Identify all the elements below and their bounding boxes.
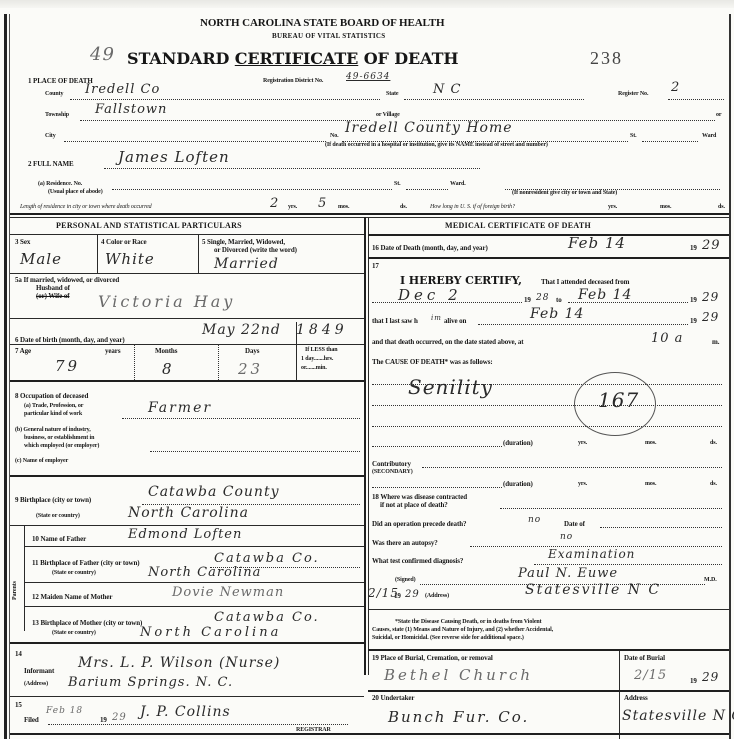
sex-value: Male — [20, 250, 62, 268]
burial-19: 19 — [690, 677, 697, 685]
sex-label: 3 Sex — [15, 238, 30, 246]
signed-year: 29 — [405, 589, 420, 600]
marital-label-1: 5 Single, Married, Widowed, — [202, 238, 285, 246]
informant-address-label: (Address) — [24, 681, 48, 687]
less-label-2: 1 day.......hrs. — [301, 356, 333, 362]
test-value: Examination — [548, 547, 635, 561]
us-residence-label: How long in U. S. if of foreign birth? — [430, 204, 515, 210]
burial-date-value: 2/15 — [634, 668, 667, 683]
md-label: M.D. — [704, 577, 717, 583]
village-label: or Village — [376, 112, 400, 118]
township-label: Township — [45, 112, 69, 118]
mother-value: Dovie Newman — [172, 585, 284, 600]
us-mos-label: mos. — [660, 204, 671, 210]
where-label-1: 18 Where was disease contracted — [372, 493, 467, 501]
race-label: 4 Color or Race — [101, 238, 146, 246]
trade-label-2: particular kind of work — [24, 411, 82, 417]
mother-state-value: North Carolina — [140, 625, 281, 640]
medical-section-title: MEDICAL CERTIFICATE OF DEATH — [445, 221, 591, 230]
mother-label: 12 Maiden Name of Mother — [32, 593, 112, 601]
filed-19: 19 — [100, 716, 107, 724]
days-label: Days — [245, 347, 259, 355]
age-years-value: 79 — [55, 357, 80, 375]
age-days-value: 23 — [238, 360, 263, 378]
institution-value: Iredell County Home — [345, 120, 513, 136]
cause-value: Senility — [408, 375, 493, 399]
last-saw-pronoun: im — [431, 314, 442, 322]
informant-number: 14 — [15, 650, 22, 658]
mother-bp-label: 13 Birthplace of Mother (city or town) — [32, 619, 142, 627]
date-of-label: Date of — [564, 520, 585, 528]
duration-mos-2: mos. — [645, 481, 656, 487]
operation-value: no — [528, 515, 541, 525]
residence-label: (a) Residence. No. — [38, 181, 82, 187]
dod-value: Feb 14 — [568, 234, 626, 252]
age-months-value: 8 — [162, 360, 173, 378]
dod-label: 16 Date of Death (month, day, and year) — [372, 244, 488, 252]
employer-label: (c) Name of employer — [15, 458, 68, 464]
or-label: or — [716, 112, 721, 118]
trade-label-1: (a) Trade, Profession, or — [24, 403, 83, 409]
less-label-1: If LESS than — [305, 347, 337, 353]
place-of-death-label: 1 PLACE OF DEATH — [28, 77, 93, 85]
undertaker-value: Bunch Fur. Co. — [388, 708, 529, 726]
birthplace-value: Catawba County — [148, 484, 279, 500]
length-residence-label: Length of residence in city or town wher… — [20, 204, 152, 210]
residence-ward-label: Ward. — [450, 181, 466, 187]
where-label-2: if not at place of death? — [380, 501, 448, 509]
birthplace-label: 9 Birthplace (city or town) — [15, 496, 91, 504]
race-value: White — [105, 250, 155, 268]
duration-ds: ds. — [710, 440, 717, 446]
length-ds-label: ds. — [400, 204, 407, 210]
county-value: Iredell Co — [85, 82, 160, 97]
duration-yrs: yrs. — [578, 440, 587, 446]
last-saw-19: 19 — [690, 317, 697, 325]
no-label: No. — [330, 133, 339, 139]
contributory-label: Contributory — [372, 460, 411, 468]
personal-section-title: PERSONAL AND STATISTICAL PARTICULARS — [56, 221, 242, 230]
undertaker-address-value: Statesville N C — [622, 708, 734, 724]
certificate-title: STANDARD CERTIFICATE OF DEATH — [127, 49, 458, 68]
father-label: 10 Name of Father — [32, 535, 86, 543]
register-value: 2 — [671, 80, 680, 95]
institution-note: (If death occurred in a hospital or inst… — [325, 142, 548, 148]
margin-number: 49 — [90, 44, 115, 65]
informant-value: Mrs. L. P. Wilson (Nurse) — [78, 655, 280, 671]
attended-from-value: Dec 2 — [398, 286, 462, 304]
undertaker-label: 20 Undertaker — [372, 694, 414, 702]
alive-on-label: alive on — [444, 317, 466, 325]
us-ds-label: ds. — [718, 204, 725, 210]
filed-registrar-signature: J. P. Collins — [140, 704, 231, 720]
signature-address-value: Statesville N C — [525, 582, 661, 598]
last-saw-year: 29 — [702, 310, 719, 324]
left-border-inner — [9, 14, 10, 739]
less-label-3: or.......min. — [301, 365, 327, 371]
dod-19: 19 — [690, 244, 697, 252]
footnote-line-2: Causes, state (1) Means and Nature of In… — [372, 627, 553, 633]
length-months-value: 5 — [318, 196, 327, 211]
birthplace-state-value: North Carolina — [128, 505, 249, 521]
attended-from-19: 19 — [524, 296, 531, 304]
duration-label: (duration) — [503, 439, 533, 447]
reg-district-label: Registration District No. — [263, 78, 323, 84]
residence-sub-label: (Usual place of abode) — [48, 189, 103, 195]
occupation-label: 8 Occupation of deceased — [15, 392, 88, 400]
filed-year: 29 — [112, 712, 127, 723]
father-value: Edmond Loften — [128, 527, 242, 542]
marital-value: Married — [214, 256, 279, 272]
city-label: City — [45, 133, 56, 139]
us-yrs-label: yrs. — [608, 204, 617, 210]
last-saw-label: that I last saw h — [372, 317, 418, 325]
filed-date: Feb 18 — [46, 706, 83, 716]
county-label: County — [45, 91, 63, 97]
signed-19: 19 — [394, 592, 401, 600]
bureau-title: BUREAU OF VITAL STATISTICS — [272, 32, 385, 40]
burial-place-label: 19 Place of Burial, Cremation, or remova… — [372, 654, 493, 662]
burial-year: 29 — [702, 670, 719, 684]
death-time-m: m. — [712, 338, 719, 346]
agency-title: NORTH CAROLINA STATE BOARD OF HEALTH — [200, 17, 444, 29]
residence-st-label: St. — [394, 181, 401, 187]
death-certificate: NORTH CAROLINA STATE BOARD OF HEALTH BUR… — [0, 0, 734, 739]
full-name-label: 2 FULL NAME — [28, 160, 74, 168]
dob-value: May 22nd — [202, 322, 281, 338]
informant-address-value: Barium Springs. N. C. — [68, 675, 233, 690]
certificate-number: 238 — [590, 48, 623, 69]
death-time-value: 10 a — [651, 331, 683, 346]
spouse-label-2: Husband of — [36, 284, 70, 292]
certify-text: That I attended deceased from — [541, 278, 629, 286]
certify-number: 17 — [372, 262, 379, 270]
operation-label: Did an operation precede death? — [372, 520, 466, 528]
mother-bp-value: Catawba Co. — [214, 610, 320, 625]
st-label: St. — [630, 133, 637, 139]
dob-year: 1849 — [296, 322, 348, 338]
death-time-label: and that death occurred, on the date sta… — [372, 338, 523, 346]
signed-label: (Signed) — [395, 577, 416, 583]
father-bp-value: Catawba Co. — [214, 551, 320, 566]
parents-label: Parents — [12, 581, 18, 600]
signed-value: Paul N. Euwe — [518, 566, 618, 581]
marital-label-2: or Divorced (write the word) — [214, 246, 297, 254]
dob-label: 6 Date of birth (month, day, and year) — [15, 336, 125, 344]
length-years-value: 2 — [270, 196, 279, 211]
industry-label-2: business, or establishment in — [24, 435, 94, 441]
ward-label: Ward — [702, 133, 716, 139]
full-name-value: James Loften — [118, 148, 230, 166]
burial-place-value: Bethel Church — [384, 666, 533, 684]
last-saw-value: Feb 14 — [530, 306, 584, 322]
spouse-label-1: 5a If married, widowed, or divorced — [15, 276, 119, 284]
informant-label: Informant — [24, 667, 54, 675]
footnote-line-1: *State the Disease Causing Death, or in … — [395, 619, 542, 625]
filed-label: Filed — [24, 716, 39, 724]
trade-value: Farmer — [148, 400, 212, 416]
autopsy-value: no — [560, 532, 573, 542]
secondary-label: (SECONDARY) — [372, 469, 413, 475]
duration-yrs-2: yrs. — [578, 481, 587, 487]
attended-to-19: 19 — [690, 296, 697, 304]
left-border — [4, 14, 7, 739]
father-state-label: (State or country) — [52, 570, 96, 576]
scan-top-edge — [0, 0, 734, 8]
mother-state-label: (State or country) — [52, 630, 96, 636]
burial-date-label: Date of Burial — [624, 654, 665, 662]
industry-label-3: which employed (or employer) — [24, 443, 99, 449]
register-label: Register No. — [618, 91, 648, 97]
industry-label-1: (b) General nature of industry, — [15, 427, 91, 433]
footnote-line-3: Suicidal, or Homicidal. (See reverse sid… — [372, 635, 524, 641]
test-label: What test confirmed diagnosis? — [372, 557, 463, 565]
nonresident-note: (If nonresident give city or town and St… — [512, 190, 617, 196]
length-yrs-label: yrs. — [288, 204, 297, 210]
autopsy-label: Was there an autopsy? — [372, 539, 438, 547]
duration-mos: mos. — [645, 440, 656, 446]
spouse-value: Victoria Hay — [98, 292, 235, 311]
township-value: Fallstown — [95, 102, 167, 117]
reg-district-value: 49-6634 — [346, 72, 390, 82]
signature-address-label: (Address) — [425, 593, 449, 599]
duration-label-2: (duration) — [503, 480, 533, 488]
state-label: State — [386, 91, 399, 97]
attended-from-year: 28 — [536, 293, 549, 303]
father-bp-label: 11 Birthplace of Father (city or town) — [32, 559, 140, 567]
undertaker-address-label: Address — [624, 694, 648, 702]
column-divider — [364, 217, 366, 675]
birthplace-state-label: (State or country) — [36, 513, 80, 519]
duration-ds-2: ds. — [710, 481, 717, 487]
cause-label: The CAUSE OF DEATH* was as follows: — [372, 358, 493, 366]
years-label: years — [105, 347, 120, 355]
filed-number: 15 — [15, 701, 22, 709]
attended-to-year: 29 — [702, 290, 719, 304]
attended-to-value: Feb 14 — [578, 287, 632, 303]
dod-year: 29 — [702, 238, 721, 253]
age-label: 7 Age — [15, 347, 31, 355]
father-state-value: North Carolina — [148, 565, 261, 580]
state-value: N C — [433, 82, 461, 97]
length-mos-label: mos. — [338, 204, 349, 210]
cause-code: 167 — [598, 388, 639, 412]
months-label: Months — [155, 347, 177, 355]
spouse-label-3: (or) Wife of — [36, 292, 70, 300]
right-border — [729, 14, 731, 739]
to-label: to — [556, 296, 562, 304]
